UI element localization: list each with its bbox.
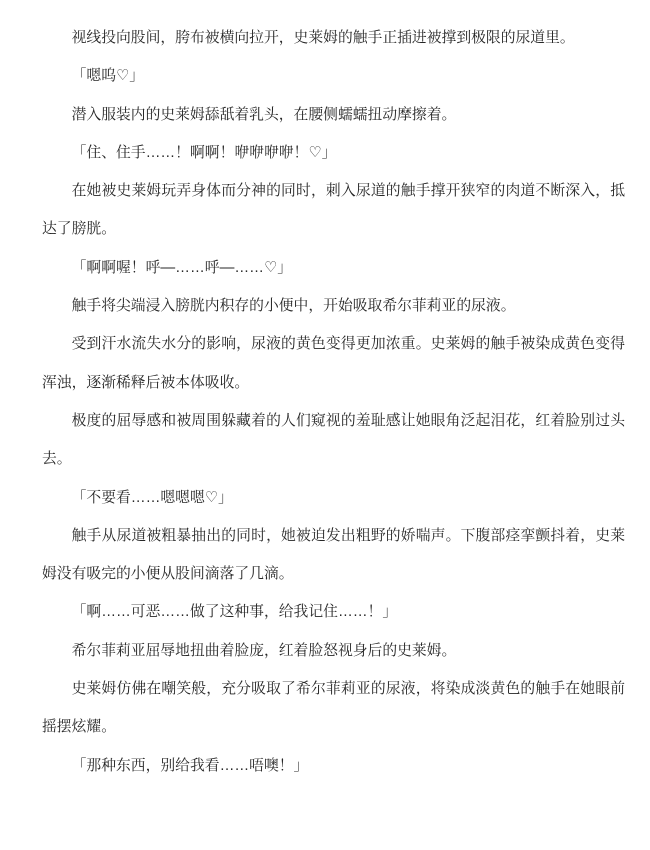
paragraph: 「那种东西，别给我看……唔噢！」 [42, 747, 625, 785]
paragraph: 潜入服装内的史莱姆舔舐着乳头，在腰侧蠕蠕扭动摩擦着。 [42, 96, 625, 134]
paragraph: 希尔菲莉亚屈辱地扭曲着脸庞，红着脸怒视身后的史莱姆。 [42, 632, 625, 670]
paragraph: 触手从尿道被粗暴抽出的同时，她被迫发出粗野的娇喘声。下腹部痉挛颤抖着，史莱姆没有… [42, 517, 625, 594]
paragraph: 视线投向股间，胯布被横向拉开，史莱姆的触手正插进被撑到极限的尿道里。 [42, 19, 625, 57]
paragraph: 「啊……可恶……做了这种事，给我记住……！」 [42, 593, 625, 631]
paragraph: 「啊啊喔！呼—……呼—……♡」 [42, 249, 625, 287]
text-content: 视线投向股间，胯布被横向拉开，史莱姆的触手正插进被撑到极限的尿道里。「嗯呜♡」潜… [0, 0, 650, 785]
document-page: 视线投向股间，胯布被横向拉开，史莱姆的触手正插进被撑到极限的尿道里。「嗯呜♡」潜… [0, 0, 650, 850]
paragraph: 「住、住手……！啊啊！咿咿咿咿！♡」 [42, 134, 625, 172]
paragraph: 在她被史莱姆玩弄身体而分神的同时，刺入尿道的触手撑开狭窄的肉道不断深入，抵达了膀… [42, 172, 625, 249]
paragraph: 极度的屈辱感和被周围躲藏着的人们窥视的羞耻感让她眼角泛起泪花，红着脸别过头去。 [42, 402, 625, 479]
paragraph: 触手将尖端浸入膀胱内积存的小便中，开始吸取希尔菲莉亚的尿液。 [42, 287, 625, 325]
paragraph: 受到汗水流失水分的影响，尿液的黄色变得更加浓重。史莱姆的触手被染成黄色变得浑浊，… [42, 325, 625, 402]
paragraph: 「嗯呜♡」 [42, 57, 625, 95]
paragraph: 史莱姆仿佛在嘲笑般，充分吸取了希尔菲莉亚的尿液，将染成淡黄色的触手在她眼前摇摆炫… [42, 670, 625, 747]
paragraph: 「不要看……嗯嗯嗯♡」 [42, 479, 625, 517]
